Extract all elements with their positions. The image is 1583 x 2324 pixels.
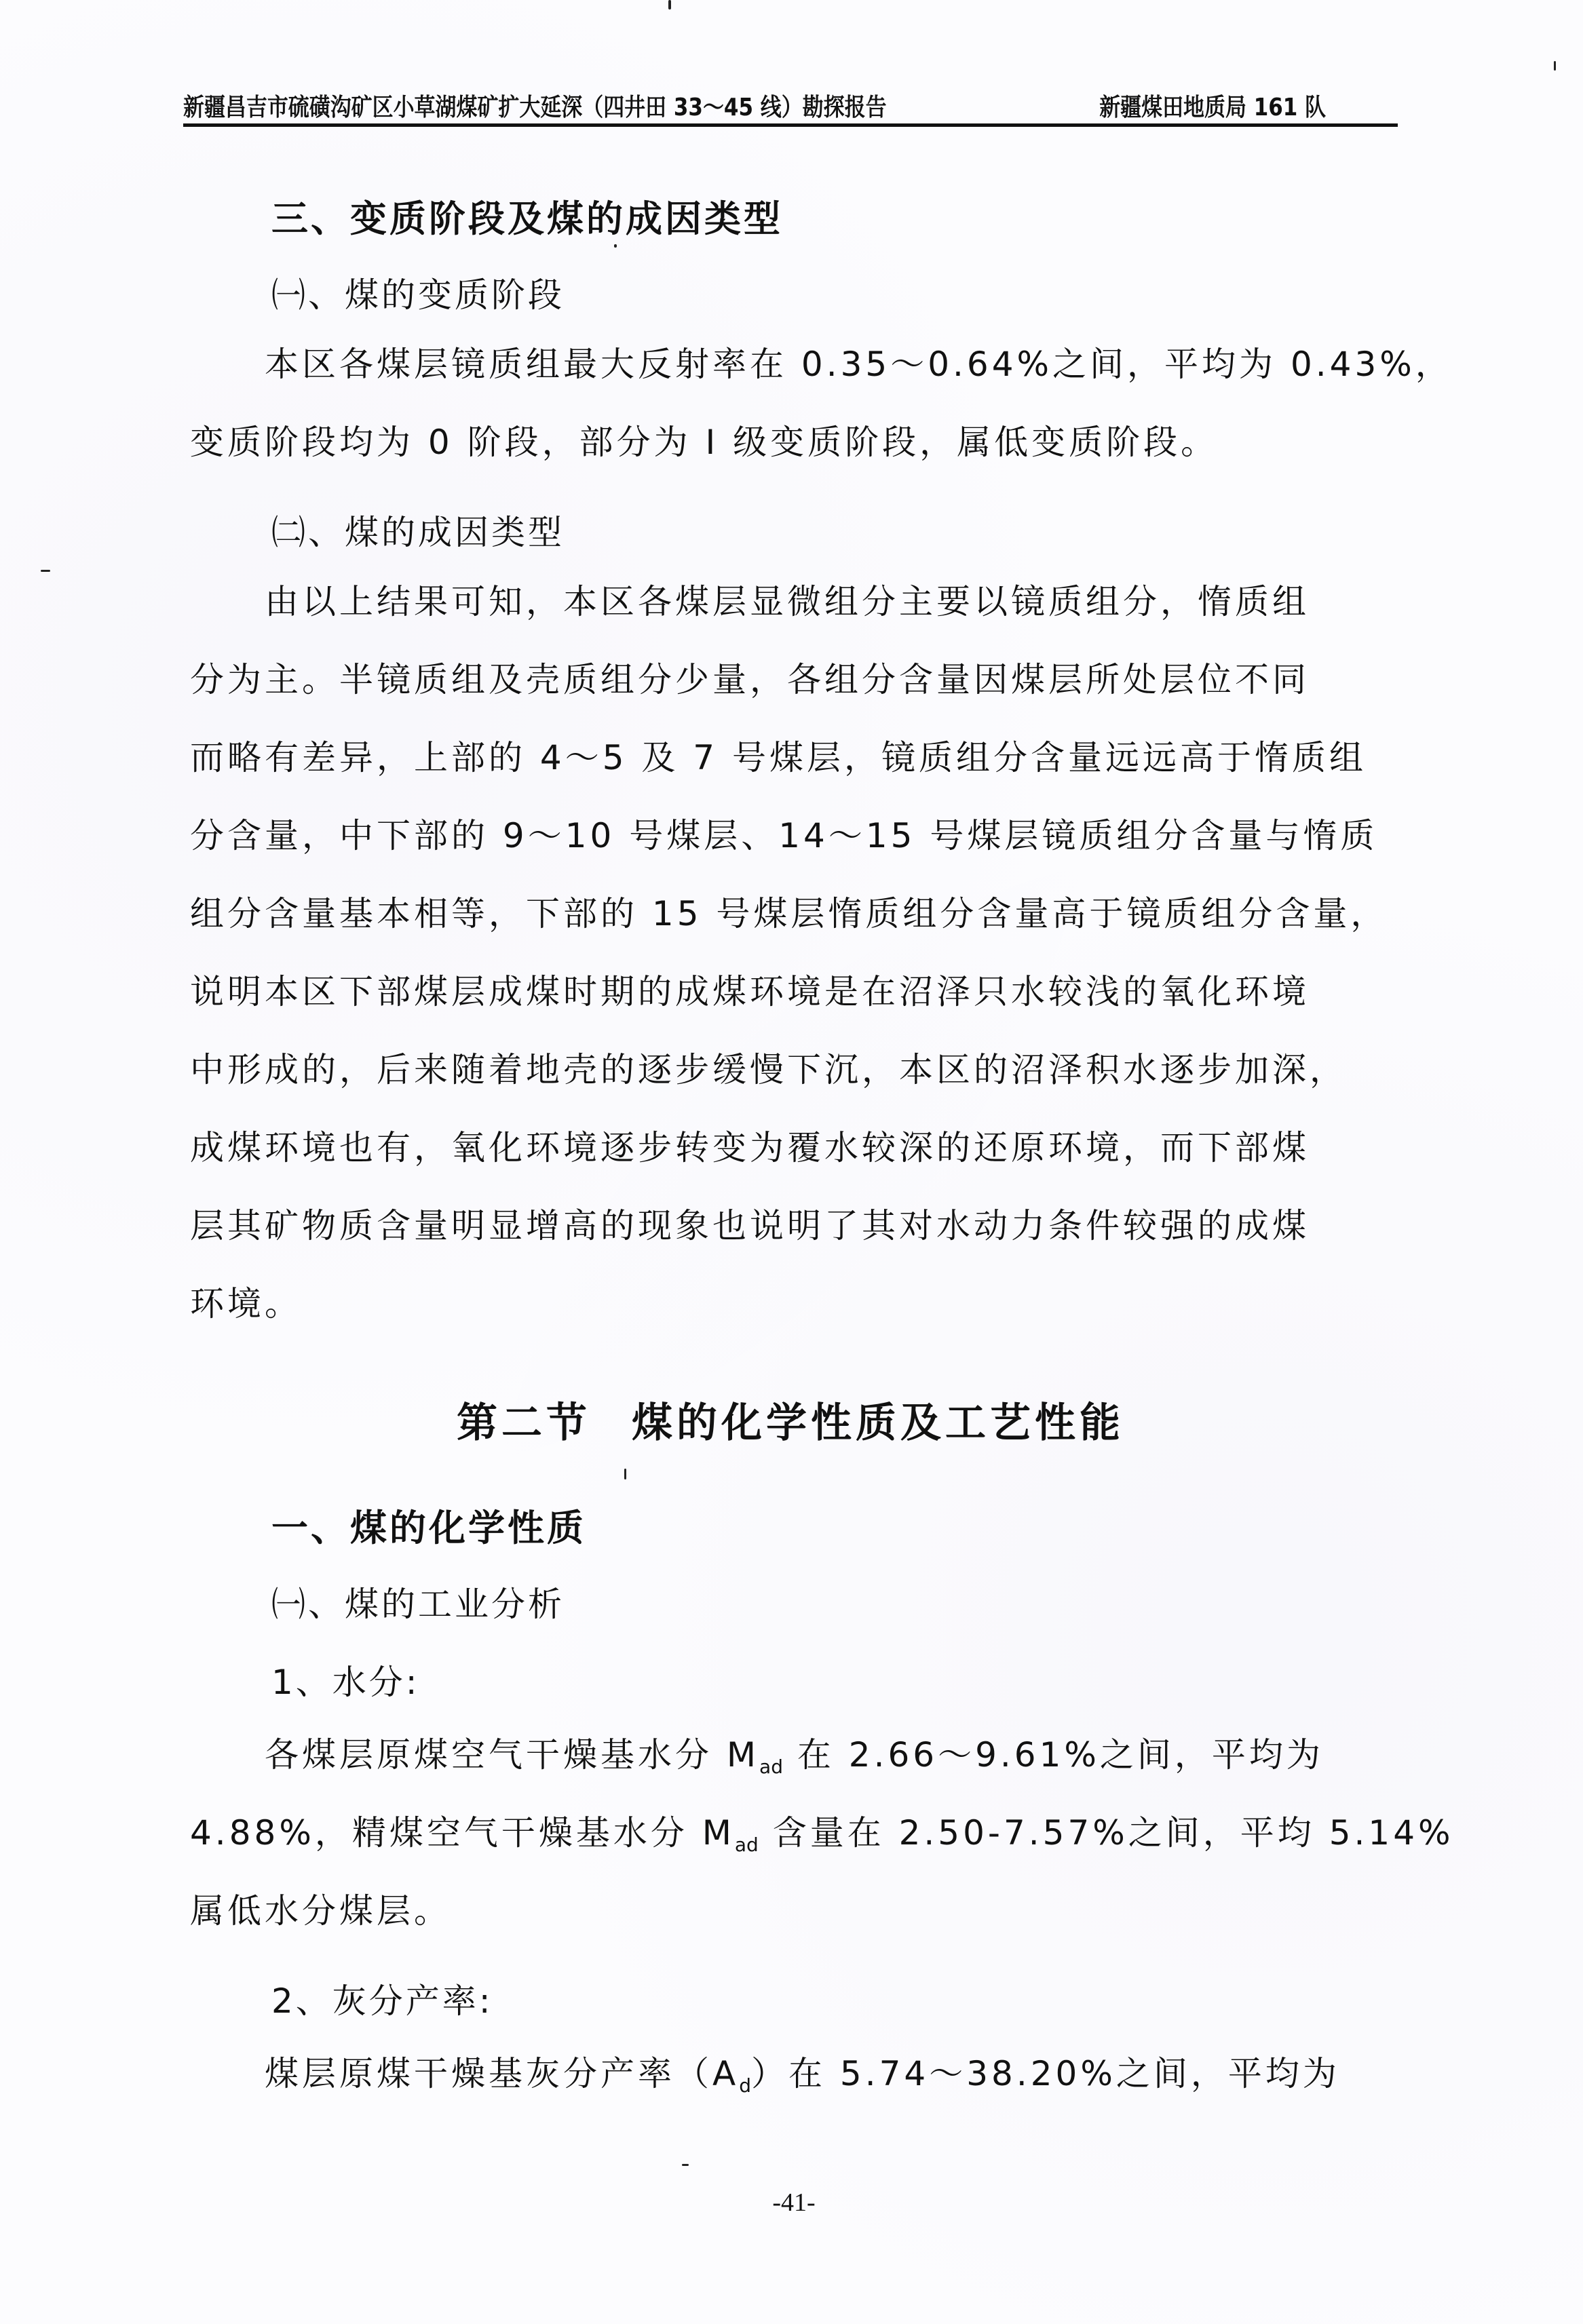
- page-number: -41-: [753, 2188, 835, 2218]
- section-heading-metamorphism: 三、变质阶段及煤的成因类型: [271, 190, 1472, 242]
- scan-speck: [624, 1469, 626, 1479]
- subsection-heading-genetic-type: ㈡、煤的成因类型: [271, 505, 1472, 554]
- item-heading-moisture: 1、水分:: [271, 1655, 1472, 1704]
- subsection-heading-proximate-analysis: ㈠、煤的工业分析: [271, 1577, 1472, 1626]
- paragraph-line: 变质阶段均为 0 阶段，部分为 Ⅰ 级变质阶段，属低变质阶段。: [190, 404, 1391, 482]
- paragraph-line: 属低水分煤层。: [190, 1872, 1391, 1950]
- text-run: 各煤层原煤空气干燥基水分 M: [265, 1735, 759, 1775]
- paragraph-line: 而略有差异，上部的 4～5 及 7 号煤层，镜质组分含量远远高于惰质组: [190, 719, 1391, 797]
- subscript: ad: [759, 1756, 783, 1778]
- paragraph-line: 本区各煤层镜质组最大反射率在 0.35～0.64%之间，平均为 0.43%，: [190, 326, 1466, 404]
- paragraph-line: 分含量，中下部的 9～10 号煤层、14～15 号煤层镜质组分含量与惰质: [190, 797, 1391, 875]
- paragraph-line: 煤层原煤干燥基灰分产率（Ad）在 5.74～38.20%之间，平均为: [190, 2035, 1466, 2125]
- scan-speck: [668, 0, 671, 9]
- text-run: 在 2.66～9.61%之间，平均为: [783, 1735, 1324, 1775]
- paragraph-line: 组分含量基本相等，下部的 15 号煤层惰质组分含量高于镜质组分含量，: [190, 875, 1391, 953]
- running-header: 新疆昌吉市硫磺沟矿区小草湖煤矿扩大延深（四井田 33～45 线）勘探报告 新疆煤…: [183, 88, 1222, 129]
- section-heading-chemical-properties: 一、煤的化学性质: [271, 1499, 1472, 1551]
- organization-name: 新疆煤田地质局 161 队: [1099, 88, 1326, 123]
- scan-speck: [1554, 61, 1556, 71]
- text-run: 煤层原煤干燥基灰分产率（A: [265, 2054, 739, 2093]
- chapter-name: 煤的化学性质及工艺性能: [632, 1399, 1124, 1447]
- paragraph-line: 成煤环境也有，氧化环境逐步转变为覆水较深的还原环境，而下部煤: [190, 1109, 1391, 1187]
- text-run: 4.88%，精煤空气干燥基水分 M: [190, 1813, 735, 1853]
- scan-speck: [41, 570, 50, 572]
- text-run: 含量在 2.50-7.57%之间，平均 5.14%: [759, 1813, 1454, 1853]
- paragraph-line: 4.88%，精煤空气干燥基水分 Mad 含量在 2.50-7.57%之间，平均 …: [190, 1794, 1391, 1884]
- subsection-heading-metamorphic-stage: ㈠、煤的变质阶段: [271, 268, 1472, 317]
- paragraph-line: 环境。: [190, 1265, 1391, 1343]
- paragraph-line: 说明本区下部煤层成煤时期的成煤环境是在沼泽只水较浅的氧化环境: [190, 953, 1391, 1031]
- paragraph-line: 中形成的，后来随着地壳的逐步缓慢下沉，本区的沼泽积水逐步加深，: [190, 1031, 1391, 1109]
- text-run: ）在 5.74～38.20%之间，平均为: [751, 2054, 1340, 2093]
- scan-speck: [614, 244, 617, 248]
- document-page: 新疆昌吉市硫磺沟矿区小草湖煤矿扩大延深（四井田 33～45 线）勘探报告 新疆煤…: [0, 0, 1583, 2324]
- subscript: ad: [735, 1834, 759, 1856]
- chapter-number: 第二节: [457, 1399, 591, 1447]
- header-divider: [183, 123, 1398, 127]
- paragraph-line: 由以上结果可知，本区各煤层显微组分主要以镜质组分，惰质组: [190, 563, 1466, 641]
- paragraph-line: 分为主。半镜质组及壳质组分少量，各组分含量因煤层所处层位不同: [190, 641, 1391, 719]
- scan-speck: [682, 2164, 689, 2166]
- report-title: 新疆昌吉市硫磺沟矿区小草湖煤矿扩大延深（四井田 33～45 线）勘探报告: [183, 88, 887, 123]
- paragraph-line: 层其矿物质含量明显增高的现象也说明了其对水动力条件较强的成煤: [190, 1187, 1391, 1265]
- paragraph-line: 各煤层原煤空气干燥基水分 Mad 在 2.66～9.61%之间，平均为: [190, 1716, 1466, 1806]
- item-heading-ash-yield: 2、灰分产率:: [271, 1974, 1472, 2023]
- chapter-title: 第二节煤的化学性质及工艺性能: [190, 1391, 1391, 1449]
- subscript: d: [739, 2074, 751, 2097]
